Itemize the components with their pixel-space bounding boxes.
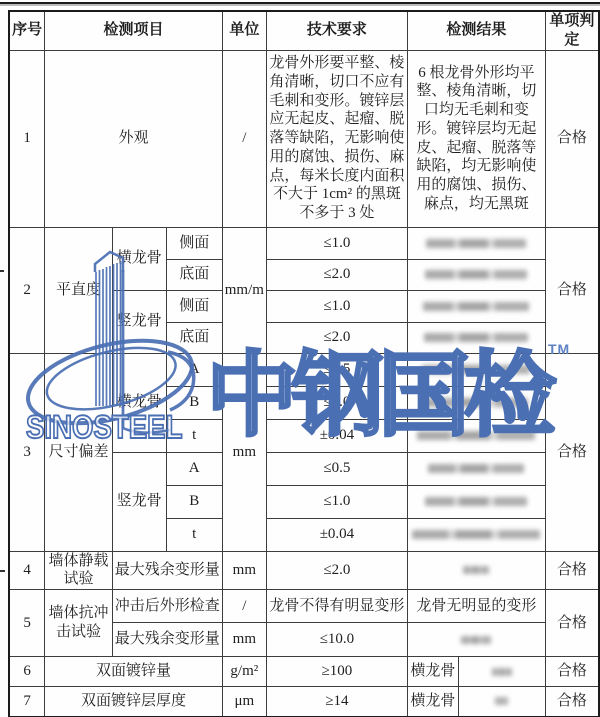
table-row: 5 墙体抗冲击试验 冲击后外形检查 / 龙骨不得有明显变形 龙骨无明显的变形 合…	[9, 590, 599, 623]
table-row: 2 平直度 横龙骨 侧面 mm/m ≤1.0 合格	[9, 227, 599, 259]
group-cell: 竖龙骨	[112, 290, 166, 353]
result-cell	[407, 386, 545, 419]
header-result: 检测结果	[407, 11, 545, 50]
requirement-cell: ≤1.0	[266, 386, 407, 419]
requirement-cell: ≤2.0	[266, 259, 407, 290]
requirement-cell: ±0.04	[266, 419, 407, 452]
unit-cell: μm	[222, 687, 266, 717]
result-cell	[458, 687, 545, 717]
unit-cell: mm	[222, 623, 266, 657]
seq-cell: 4	[9, 551, 45, 590]
judgment-cell: 合格	[545, 50, 599, 227]
result-cell	[407, 518, 545, 551]
redacted-result-blur	[495, 697, 508, 705]
item-cell: 双面镀锌层厚度	[45, 687, 222, 717]
redacted-result-blur	[422, 365, 530, 374]
header-unit: 单位	[222, 11, 266, 50]
item-cell: 外观	[45, 50, 222, 227]
result-cell: 龙骨无明显的变形	[407, 590, 545, 623]
result-cell	[407, 485, 545, 518]
result-cell	[407, 322, 545, 353]
seq-cell: 7	[9, 687, 45, 717]
requirement-cell: ≤0.5	[266, 452, 407, 485]
redacted-result-blur	[461, 636, 491, 644]
sub-item-cell: B	[166, 386, 222, 419]
item-cell: 双面镀锌量	[45, 657, 222, 687]
redacted-result-blur	[417, 431, 535, 440]
redacted-result-blur	[423, 302, 529, 311]
seq-cell: 1	[9, 50, 45, 227]
item-cell: 墙体静载试验	[45, 551, 112, 590]
sub-item-cell: 最大残余变形量	[112, 551, 222, 590]
redacted-result-blur	[424, 398, 528, 407]
redacted-result-blur	[492, 668, 512, 676]
group-cell: 竖龙骨	[112, 452, 166, 551]
header-requirement: 技术要求	[266, 11, 407, 50]
table-row: 3 尺寸偏差 横龙骨 A mm ≤0.5 合格	[9, 353, 599, 386]
result-cell	[407, 623, 545, 657]
item-cell: 墙体抗冲击试验	[45, 590, 112, 657]
requirement-cell: 龙骨不得有明显变形	[266, 590, 407, 623]
result-cell	[407, 227, 545, 259]
seq-cell: 5	[9, 590, 45, 657]
table-row: 7 双面镀锌层厚度 μm ≥14 横龙骨 合格	[9, 687, 599, 717]
scan-artifact	[0, 570, 5, 572]
redacted-result-blur	[426, 239, 526, 248]
sub-item-cell: t	[166, 518, 222, 551]
sub-item-cell: 底面	[166, 259, 222, 290]
unit-cell: /	[222, 50, 266, 227]
sub-item-cell: A	[166, 452, 222, 485]
sub-item-cell: t	[166, 419, 222, 452]
requirement-cell: ≤1.0	[266, 227, 407, 259]
redacted-result-blur	[425, 270, 527, 279]
result-cell: 6 根龙骨外形均平整、棱角清晰，切口均无毛刺和变形。镀锌层均无起皮、起瘤、脱落等…	[407, 50, 545, 227]
redacted-result-blur	[428, 464, 524, 473]
seq-cell: 3	[9, 353, 45, 551]
item-cell: 尺寸偏差	[45, 353, 112, 551]
sub-item-cell: 冲击后外形检查	[112, 590, 222, 623]
unit-cell: mm	[222, 551, 266, 590]
requirement-cell: ≤0.5	[266, 353, 407, 386]
requirement-cell: ±0.04	[266, 518, 407, 551]
result-cell	[407, 290, 545, 322]
requirement-cell: ≥14	[266, 687, 407, 717]
result-cell	[407, 353, 545, 386]
judgment-cell: 合格	[545, 551, 599, 590]
seq-cell: 6	[9, 657, 45, 687]
group-cell: 横龙骨	[112, 227, 166, 290]
table-row: 6 双面镀锌量 g/m² ≥100 横龙骨 合格	[9, 657, 599, 687]
requirement-cell: ≤2.0	[266, 551, 407, 590]
redacted-result-blur	[412, 530, 540, 539]
sub-item-cell: 侧面	[166, 290, 222, 322]
table-row: 1 外观 / 龙骨外形要平整、棱角清晰，切口不应有毛刺和变形。镀锌层应无起皮、起…	[9, 50, 599, 227]
sub-item-cell: 侧面	[166, 227, 222, 259]
header-no: 序号	[9, 11, 45, 50]
item-cell: 平直度	[45, 227, 112, 353]
page-top-rule	[0, 2, 600, 4]
requirement-cell: ≤2.0	[266, 322, 407, 353]
sub-item-cell: 最大残余变形量	[112, 623, 222, 657]
unit-cell: mm/m	[222, 227, 266, 353]
table-header-row: 序号 检测项目 单位 技术要求 检测结果 单项判定	[9, 11, 599, 50]
header-item: 检测项目	[45, 11, 222, 50]
result-cell	[458, 657, 545, 687]
result-cell	[407, 452, 545, 485]
unit-cell: g/m²	[222, 657, 266, 687]
table-row: 4 墙体静载试验 最大残余变形量 mm ≤2.0 合格	[9, 551, 599, 590]
judgment-cell: 合格	[545, 353, 599, 551]
redacted-result-blur	[463, 566, 489, 574]
scan-artifact	[0, 270, 4, 272]
result-cell	[407, 551, 545, 590]
inspection-table: 序号 检测项目 单位 技术要求 检测结果 单项判定 1 外观 / 龙骨外形要平整…	[8, 10, 600, 717]
header-judgment: 单项判定	[545, 11, 599, 50]
requirement-cell: ≤1.0	[266, 485, 407, 518]
requirement-cell: ≥100	[266, 657, 407, 687]
unit-cell: mm	[222, 353, 266, 551]
seq-cell: 2	[9, 227, 45, 353]
judgment-cell: 合格	[545, 657, 599, 687]
result-label-cell: 横龙骨	[407, 687, 458, 717]
unit-cell: /	[222, 590, 266, 623]
sub-item-cell: A	[166, 353, 222, 386]
result-label-cell: 横龙骨	[407, 657, 458, 687]
judgment-cell: 合格	[545, 227, 599, 353]
sub-item-cell: B	[166, 485, 222, 518]
redacted-result-blur	[425, 497, 527, 506]
judgment-cell: 合格	[545, 590, 599, 657]
judgment-cell: 合格	[545, 687, 599, 717]
group-cell: 横龙骨	[112, 353, 166, 452]
result-cell	[407, 259, 545, 290]
requirement-cell: ≤10.0	[266, 623, 407, 657]
requirement-cell: ≤1.0	[266, 290, 407, 322]
redacted-result-blur	[424, 333, 528, 342]
sub-item-cell: 底面	[166, 322, 222, 353]
requirement-cell: 龙骨外形要平整、棱角清晰，切口不应有毛刺和变形。镀锌层应无起皮、起瘤、脱落等缺陷…	[266, 50, 407, 227]
result-cell	[407, 419, 545, 452]
